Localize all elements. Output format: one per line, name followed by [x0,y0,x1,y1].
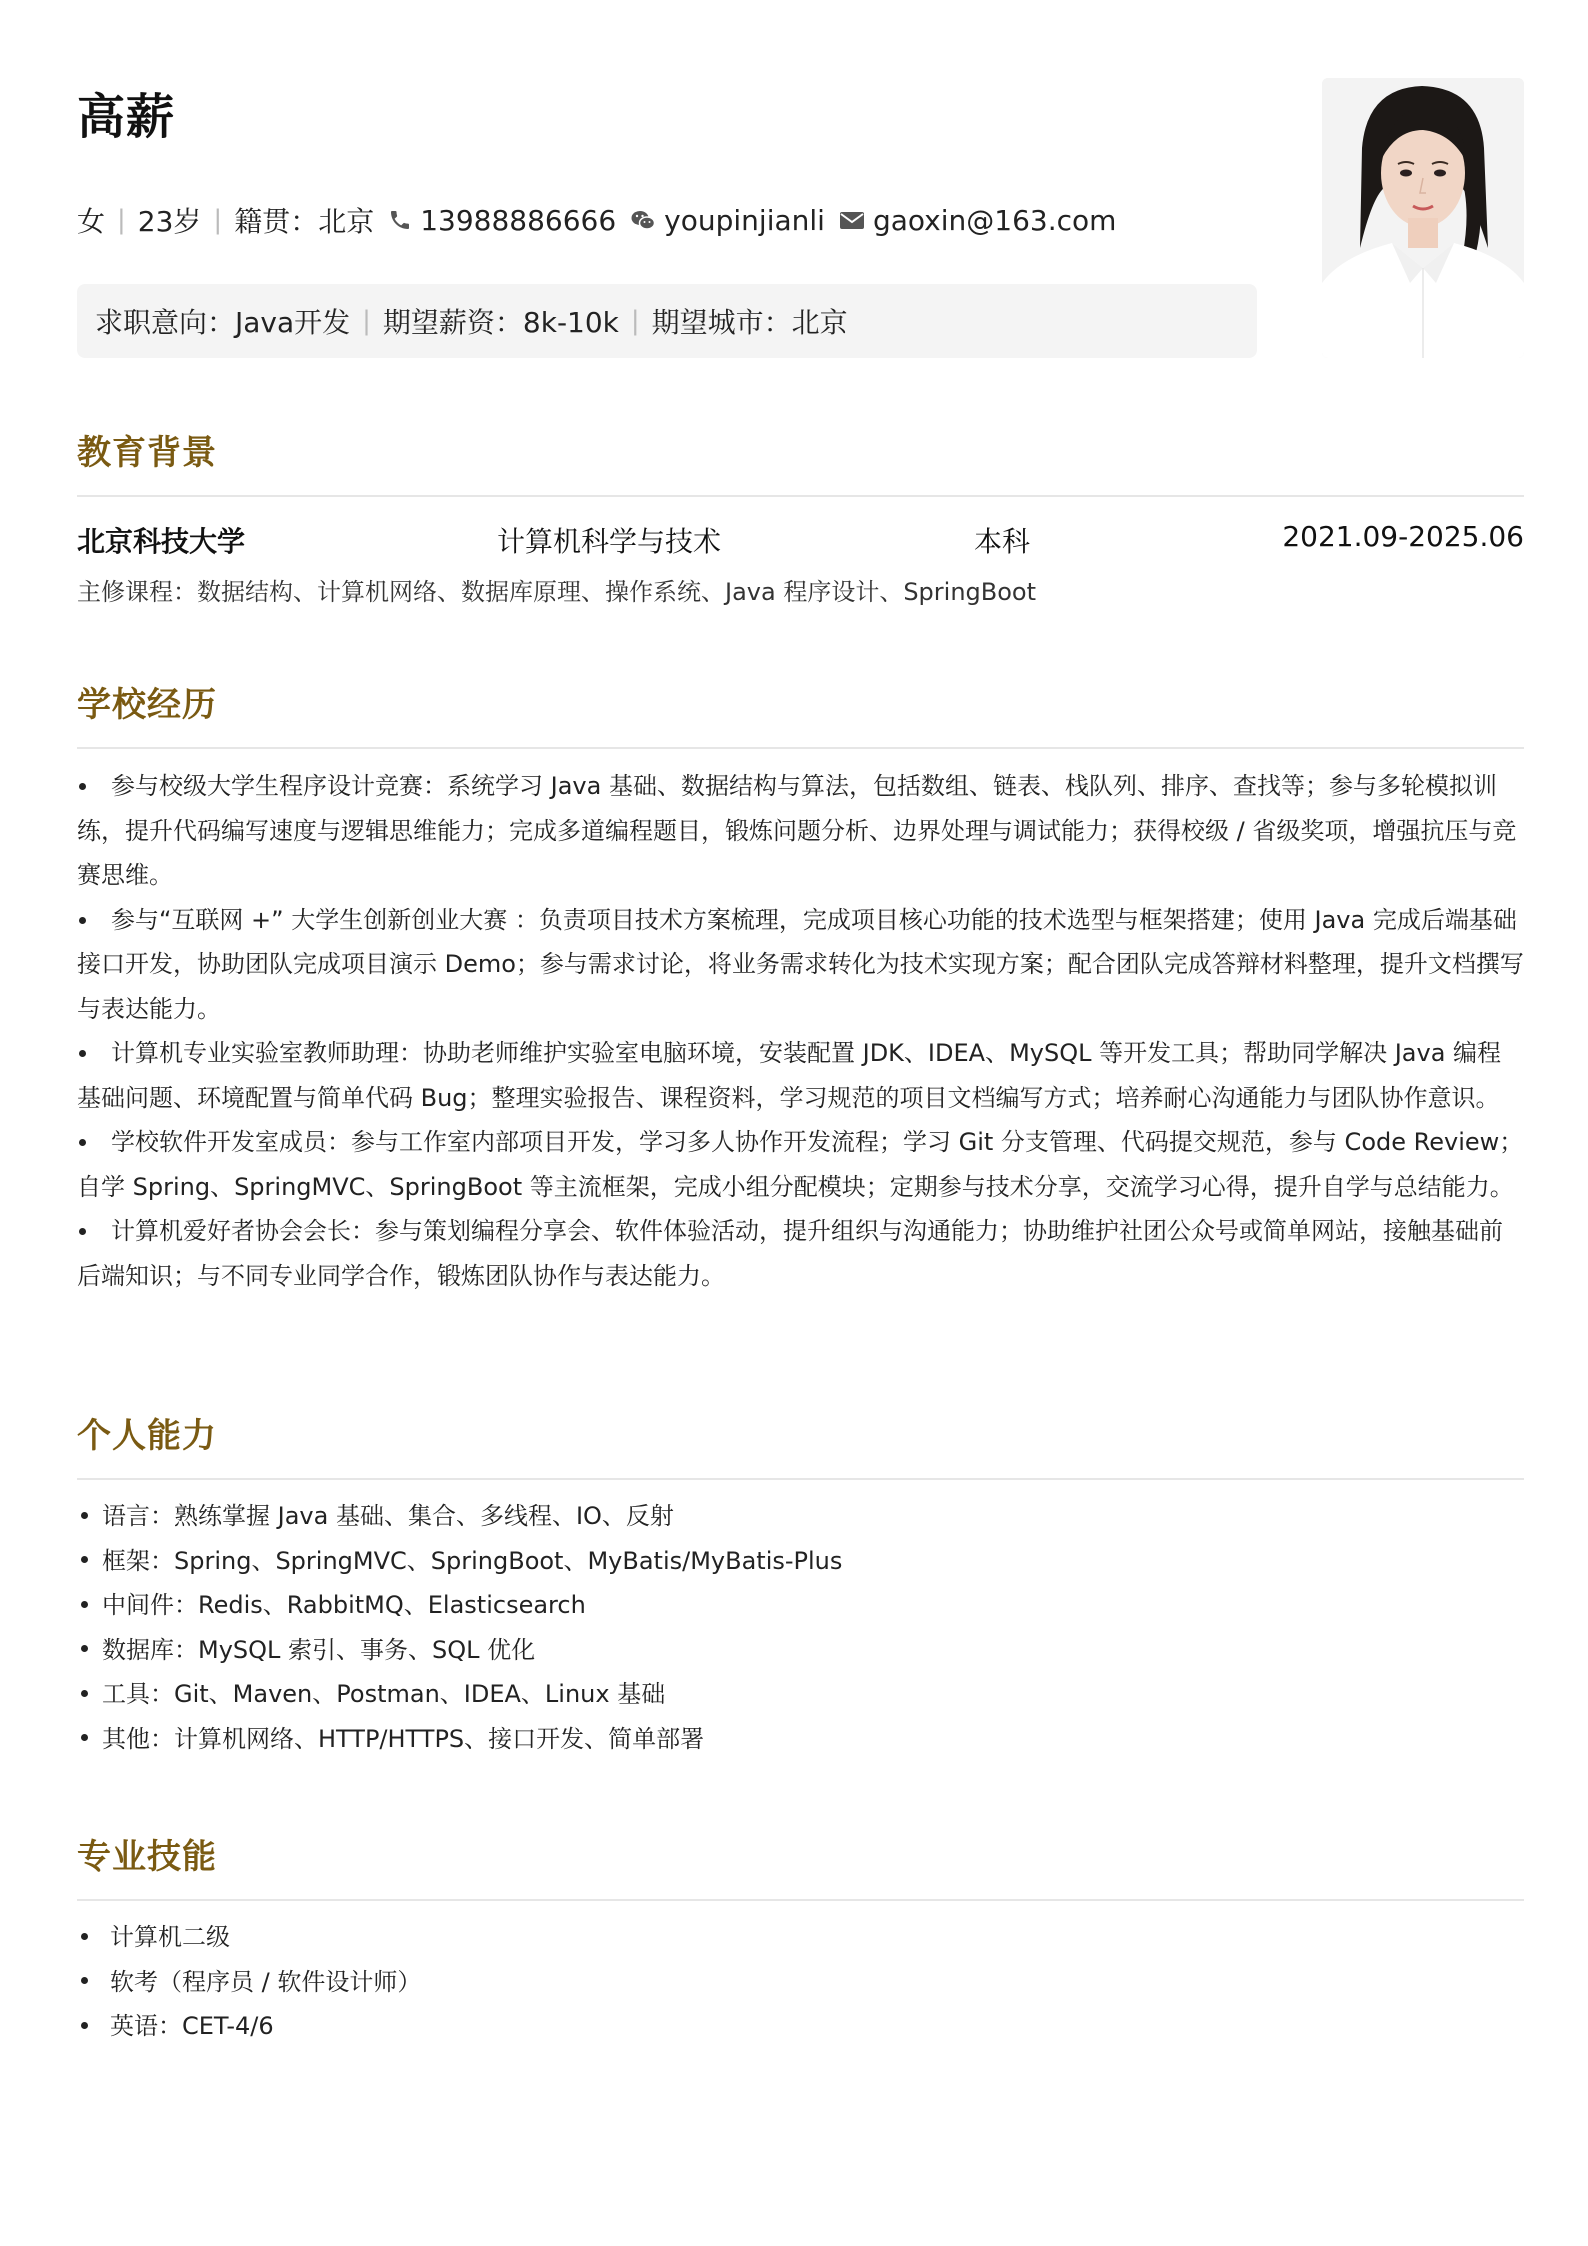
list-item: 参与校级大学生程序设计竞赛：系统学习 Java 基础、数据结构与算法，包括数组、… [77,764,1524,898]
list-item: 中间件：Redis、RabbitMQ、Elasticsearch [77,1583,1524,1628]
wechat-id: youpinjianli [664,204,825,237]
school-experience-list: 参与校级大学生程序设计竞赛：系统学习 Java 基础、数据结构与算法，包括数组、… [77,764,1524,1298]
list-item: 语言：熟练掌握 Java 基础、集合、多线程、IO、反射 [77,1494,1524,1539]
list-item: 框架：Spring、SpringMVC、SpringBoot、MyBatis/M… [77,1539,1524,1584]
list-item: 参与“互联网 +” 大学生创新创业大赛 ：负责项目技术方案梳理，完成项目核心功能… [77,898,1524,1032]
list-item: 学校软件开发室成员：参与工作室内部项目开发，学习多人协作开发流程；学习 Git … [77,1120,1524,1209]
email-address: gaoxin@163.com [873,204,1116,237]
email-icon [839,209,865,231]
abilities-list: 语言：熟练掌握 Java 基础、集合、多线程、IO、反射 框架：Spring、S… [77,1494,1524,1761]
phone-number: 13988886666 [420,204,616,237]
resume-page: 高薪 女 | 23岁 | 籍贯：北京 13988886666 youpinjia… [0,0,1588,2246]
list-item: 计算机专业实验室教师助理：协助老师维护实验室电脑环境，安装配置 JDK、IDEA… [77,1031,1524,1120]
school-name: 北京科技大学 [77,520,245,560]
intent-position: 求职意向：Java开发 [95,301,350,341]
degree: 本科 [974,520,1030,560]
phone-icon [388,208,412,232]
section-divider [77,747,1524,749]
section-divider [77,1899,1524,1901]
intent-city: 期望城市：北京 [652,301,848,341]
native-place: 籍贯：北京 [234,200,374,240]
profile-photo [1322,78,1524,358]
education-row: 北京科技大学 计算机科学与技术 本科 2021.09-2025.06 [77,520,1524,560]
skills-list: 计算机二级 软考（程序员 / 软件设计师） 英语：CET-4/6 [77,1915,1524,2049]
candidate-name: 高薪 [77,78,175,147]
separator: | [117,205,126,235]
section-title-school-experience: 学校经历 [77,677,217,726]
list-item: 其他：计算机网络、HTTP/HTTPS、接口开发、简单部署 [77,1717,1524,1762]
section-divider [77,495,1524,497]
list-item: 软考（程序员 / 软件设计师） [77,1960,1524,2005]
wechat-icon [630,208,656,232]
list-item: 英语：CET-4/6 [77,2004,1524,2049]
list-item: 数据库：MySQL 索引、事务、SQL 优化 [77,1628,1524,1673]
gender: 女 [77,200,105,240]
intent-salary: 期望薪资：8k-10k [383,301,619,341]
major: 计算机科学与技术 [497,520,721,560]
list-item: 工具：Git、Maven、Postman、IDEA、Linux 基础 [77,1672,1524,1717]
separator: | [631,306,640,336]
section-title-skills: 专业技能 [77,1829,217,1878]
list-item: 计算机二级 [77,1915,1524,1960]
section-title-abilities: 个人能力 [77,1408,217,1457]
separator: | [213,205,222,235]
job-intent-box: 求职意向：Java开发 | 期望薪资：8k-10k | 期望城市：北京 [77,284,1257,358]
section-divider [77,1478,1524,1480]
section-title-education: 教育背景 [77,425,217,474]
separator: | [362,306,371,336]
list-item: 计算机爱好者协会会长：参与策划编程分享会、软件体验活动，提升组织与沟通能力；协助… [77,1209,1524,1298]
age: 23岁 [138,200,202,240]
education-dates: 2021.09-2025.06 [1282,520,1524,553]
basic-info-line: 女 | 23岁 | 籍贯：北京 13988886666 youpinjianli… [77,200,1116,240]
main-courses: 主修课程：数据结构、计算机网络、数据库原理、操作系统、Java 程序设计、Spr… [77,572,1036,607]
